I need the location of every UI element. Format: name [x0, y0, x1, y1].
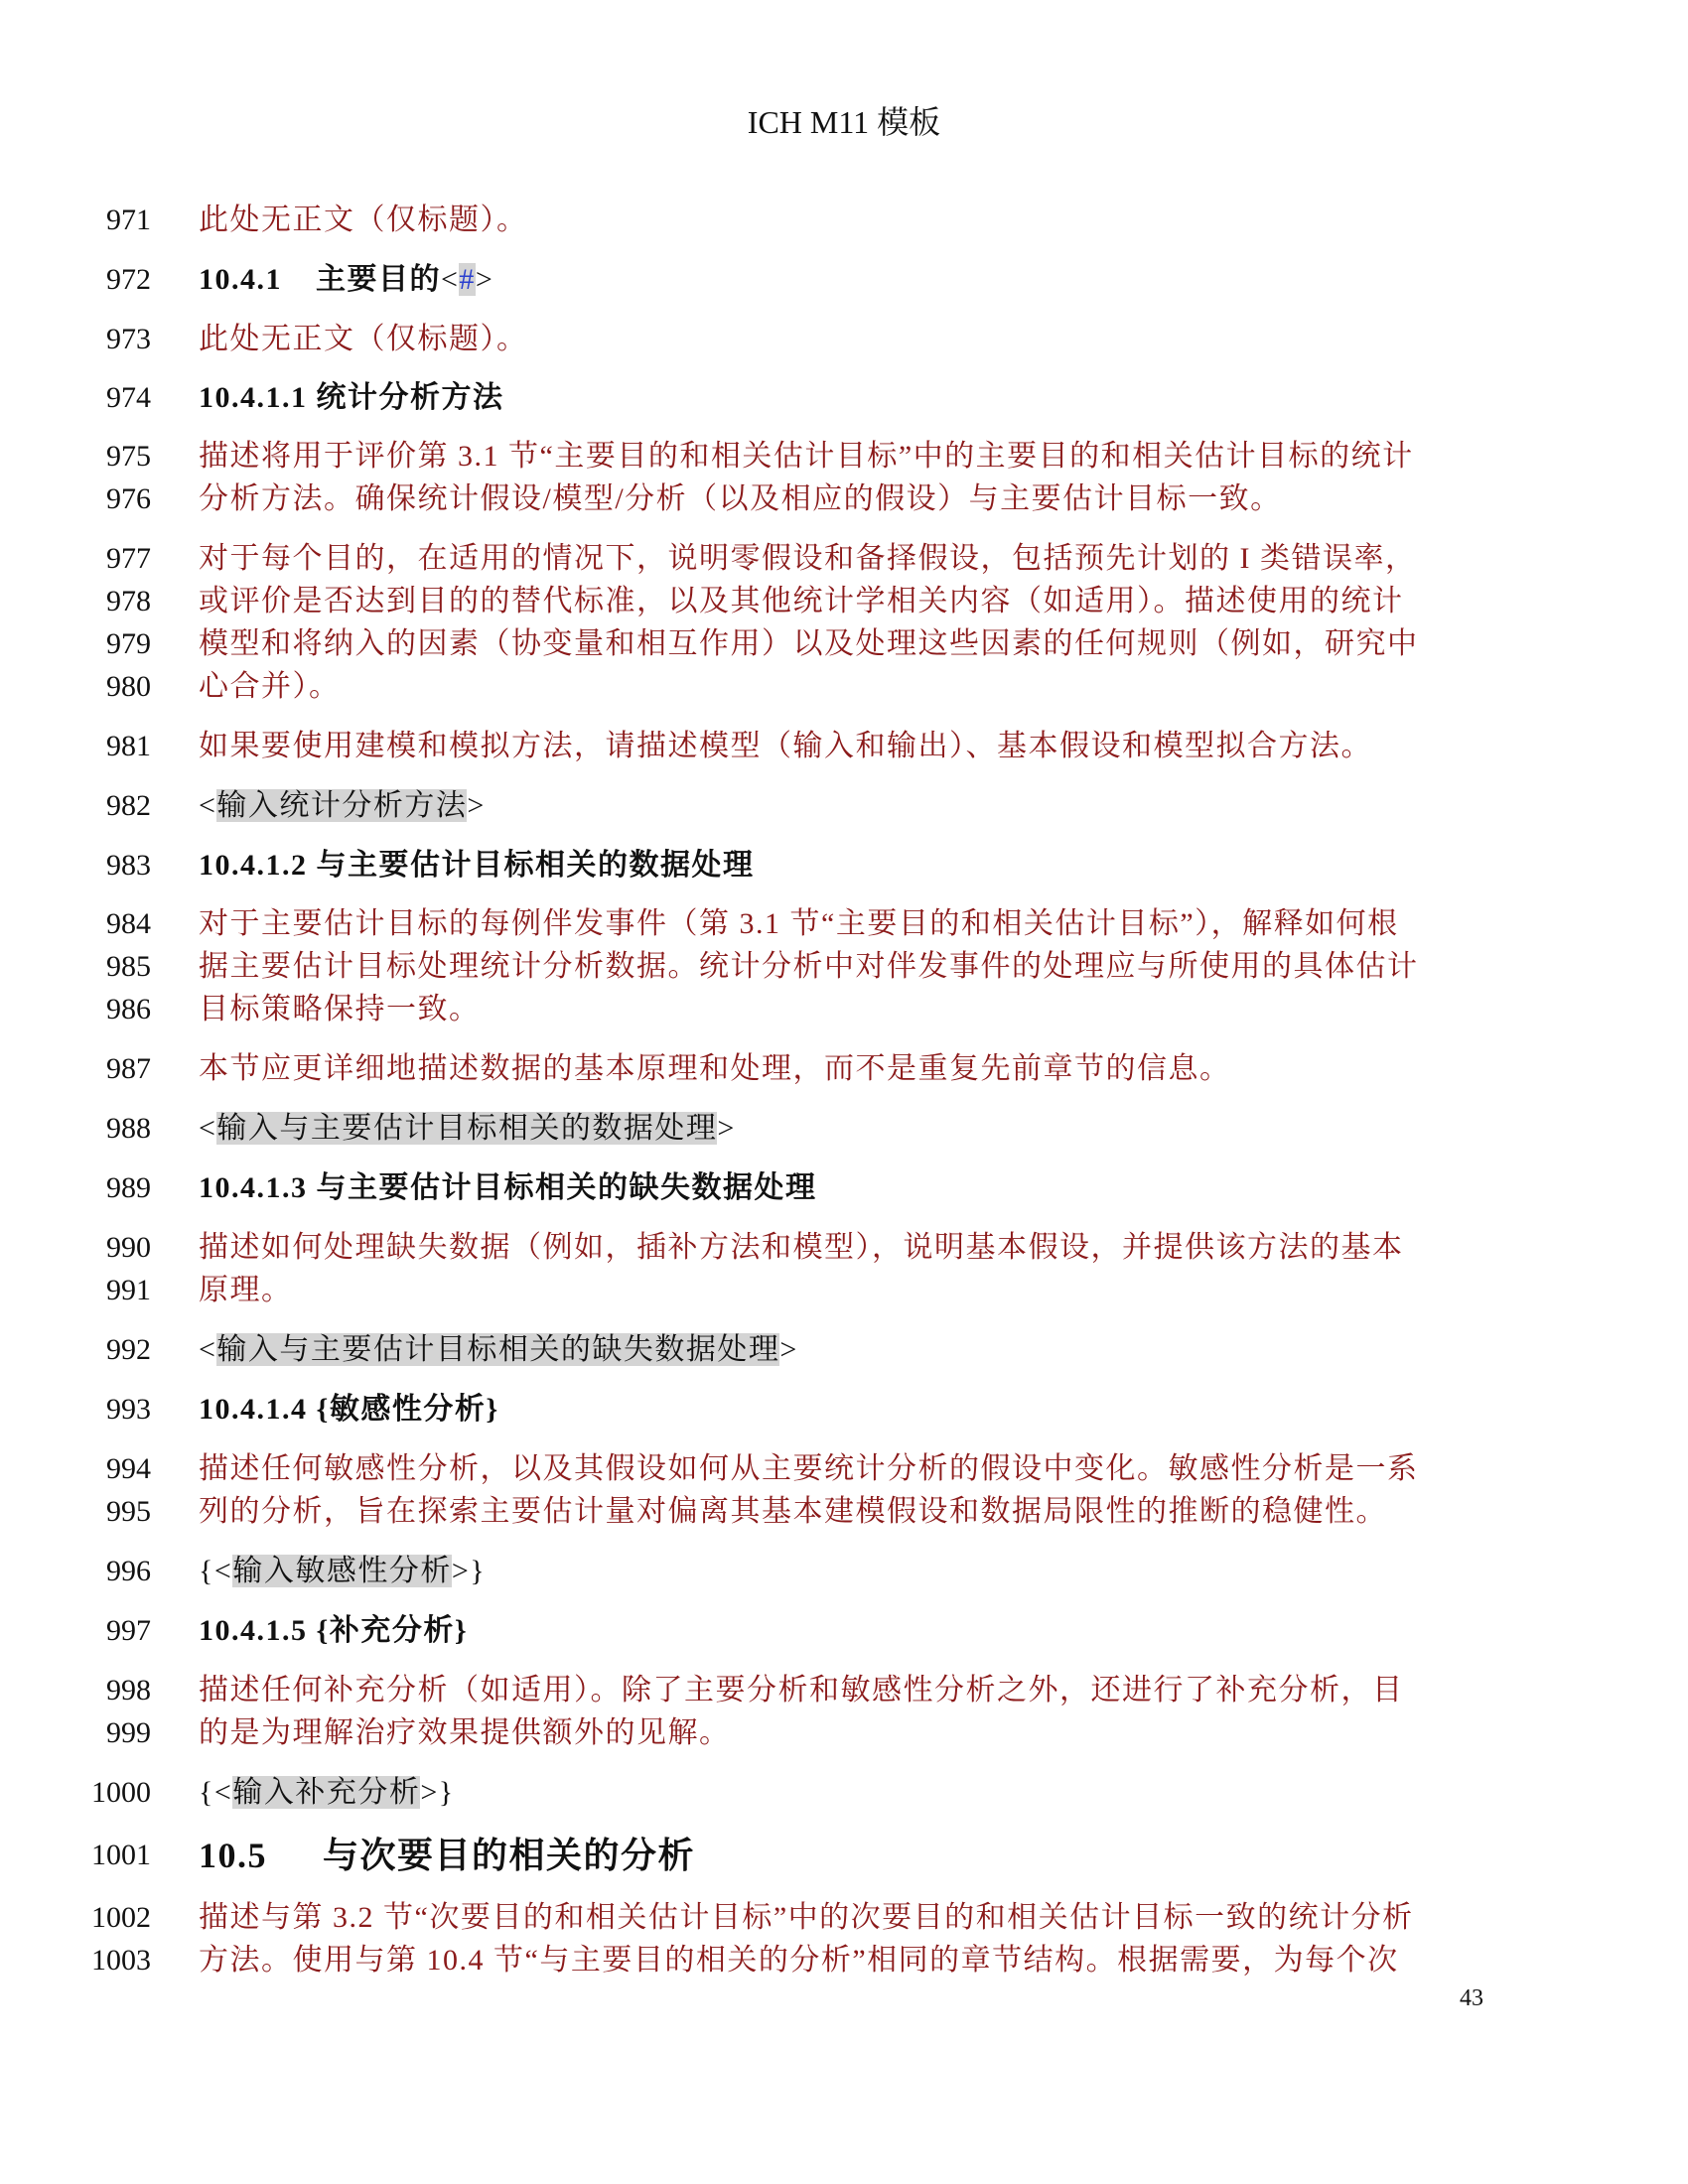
line-number: 972 [79, 260, 151, 300]
line-number: 994 [79, 1449, 151, 1489]
instruction-text: 描述将用于评价第 3.1 节“主要目的和相关估计目标”中的主要目的和相关估计目标… [199, 437, 1414, 477]
section-number: 10.4.1 [199, 263, 282, 296]
instruction-text: 目标策略保持一致。 [199, 990, 481, 1029]
page-number: 43 [1460, 1985, 1483, 2012]
line-number: 979 [79, 624, 151, 664]
heading-10-4-1-1: 10.4.1.1 统计分析方法 [199, 378, 504, 418]
line-number: 992 [79, 1330, 151, 1370]
instruction-text: 描述与第 3.2 节“次要目的和相关估计目标”中的次要目的和相关估计目标一致的统… [199, 1898, 1414, 1938]
instruction-text: 描述任何敏感性分析，以及其假设如何从主要统计分析的假设中变化。敏感性分析是一系 [199, 1449, 1419, 1489]
instruction-text: 如果要使用建模和模拟方法，请描述模型（输入和输出）、基本假设和模型拟合方法。 [199, 727, 1372, 766]
line-number: 983 [79, 846, 151, 886]
line-number: 991 [79, 1271, 151, 1310]
line-number: 975 [79, 437, 151, 477]
line-number: 982 [79, 786, 151, 826]
heading-10-4-1: 10.4.1主要目的<#> [199, 260, 493, 300]
instruction-text: 对于每个目的，在适用的情况下，说明零假设和备择假设，包括预先计划的 I 类错误率… [199, 539, 1417, 579]
line-number: 999 [79, 1713, 151, 1753]
line-number: 984 [79, 904, 151, 944]
instruction-text: 的是为理解治疗效果提供额外的见解。 [199, 1713, 731, 1753]
line-number: 1003 [79, 1941, 151, 1980]
field-code-placeholder[interactable]: # [459, 263, 476, 296]
line-number: 978 [79, 582, 151, 621]
line-number: 989 [79, 1168, 151, 1208]
heading-10-5: 10.5与次要目的相关的分析 [199, 1836, 695, 1875]
line-number: 996 [79, 1552, 151, 1591]
placeholder-field: <输入与主要估计目标相关的缺失数据处理> [199, 1330, 798, 1370]
instruction-text: 本节应更详细地描述数据的基本原理和处理，而不是重复先前章节的信息。 [199, 1049, 1231, 1089]
heading-10-4-1-5: 10.4.1.5 {补充分析} [199, 1611, 468, 1651]
input-placeholder[interactable]: 输入与主要估计目标相关的数据处理 [216, 1112, 717, 1145]
heading-10-4-1-3: 10.4.1.3 与主要估计目标相关的缺失数据处理 [199, 1168, 817, 1208]
instruction-text: 描述如何处理缺失数据（例如，插补方法和模型），说明基本假设，并提供该方法的基本 [199, 1228, 1404, 1268]
placeholder-field: {<输入敏感性分析>} [199, 1552, 486, 1591]
instruction-text: 模型和将纳入的因素（协变量和相互作用）以及处理这些因素的任何规则（例如，研究中 [199, 624, 1419, 664]
instruction-text: 心合并）。 [199, 667, 341, 707]
line-number: 977 [79, 539, 151, 579]
line-number: 976 [79, 479, 151, 519]
line-number: 971 [79, 201, 151, 240]
line-number: 1002 [79, 1898, 151, 1938]
heading-10-4-1-2: 10.4.1.2 与主要估计目标相关的数据处理 [199, 846, 755, 886]
instruction-text: 列的分析，旨在探索主要估计量对偏离其基本建模假设和数据局限性的推断的稳健性。 [199, 1492, 1387, 1532]
placeholder-field: {<输入补充分析>} [199, 1773, 455, 1813]
placeholder-field: <输入与主要估计目标相关的数据处理> [199, 1109, 736, 1149]
line-number: 995 [79, 1492, 151, 1532]
instruction-text: 此处无正文（仅标题）。 [199, 320, 528, 359]
page-header: ICH M11 模板 [0, 97, 1688, 143]
input-placeholder[interactable]: 输入统计分析方法 [216, 789, 467, 822]
instruction-text: 据主要估计目标处理统计分析数据。统计分析中对伴发事件的处理应与所使用的具体估计 [199, 947, 1419, 987]
line-number: 985 [79, 947, 151, 987]
line-number: 997 [79, 1611, 151, 1651]
placeholder-field: <输入统计分析方法> [199, 786, 486, 826]
instruction-text: 方法。使用与第 10.4 节“与主要目的相关的分析”相同的章节结构。根据需要，为… [199, 1941, 1399, 1980]
instruction-text: 描述任何补充分析（如适用）。除了主要分析和敏感性分析之外，还进行了补充分析，目 [199, 1671, 1404, 1710]
instruction-text: 或评价是否达到目的的替代标准，以及其他统计学相关内容（如适用）。描述使用的统计 [199, 582, 1404, 621]
line-number: 1001 [79, 1836, 151, 1875]
input-placeholder[interactable]: 输入敏感性分析 [232, 1555, 452, 1587]
line-number: 990 [79, 1228, 151, 1268]
line-number: 974 [79, 378, 151, 418]
instruction-text: 此处无正文（仅标题）。 [199, 201, 528, 240]
line-number: 973 [79, 320, 151, 359]
line-number: 993 [79, 1390, 151, 1430]
line-number: 998 [79, 1671, 151, 1710]
line-number: 986 [79, 990, 151, 1029]
heading-10-4-1-4: 10.4.1.4 {敏感性分析} [199, 1390, 499, 1430]
line-number: 980 [79, 667, 151, 707]
line-number: 987 [79, 1049, 151, 1089]
instruction-text: 原理。 [199, 1271, 293, 1310]
instruction-text: 分析方法。确保统计假设/模型/分析（以及相应的假设）与主要估计目标一致。 [199, 479, 1282, 519]
line-number: 1000 [79, 1773, 151, 1813]
line-number: 981 [79, 727, 151, 766]
section-title: 主要目的 [316, 263, 441, 296]
input-placeholder[interactable]: 输入补充分析 [232, 1776, 420, 1809]
input-placeholder[interactable]: 输入与主要估计目标相关的缺失数据处理 [216, 1333, 779, 1366]
line-number: 988 [79, 1109, 151, 1149]
instruction-text: 对于主要估计目标的每例伴发事件（第 3.1 节“主要目的和相关估计目标”），解释… [199, 904, 1399, 944]
